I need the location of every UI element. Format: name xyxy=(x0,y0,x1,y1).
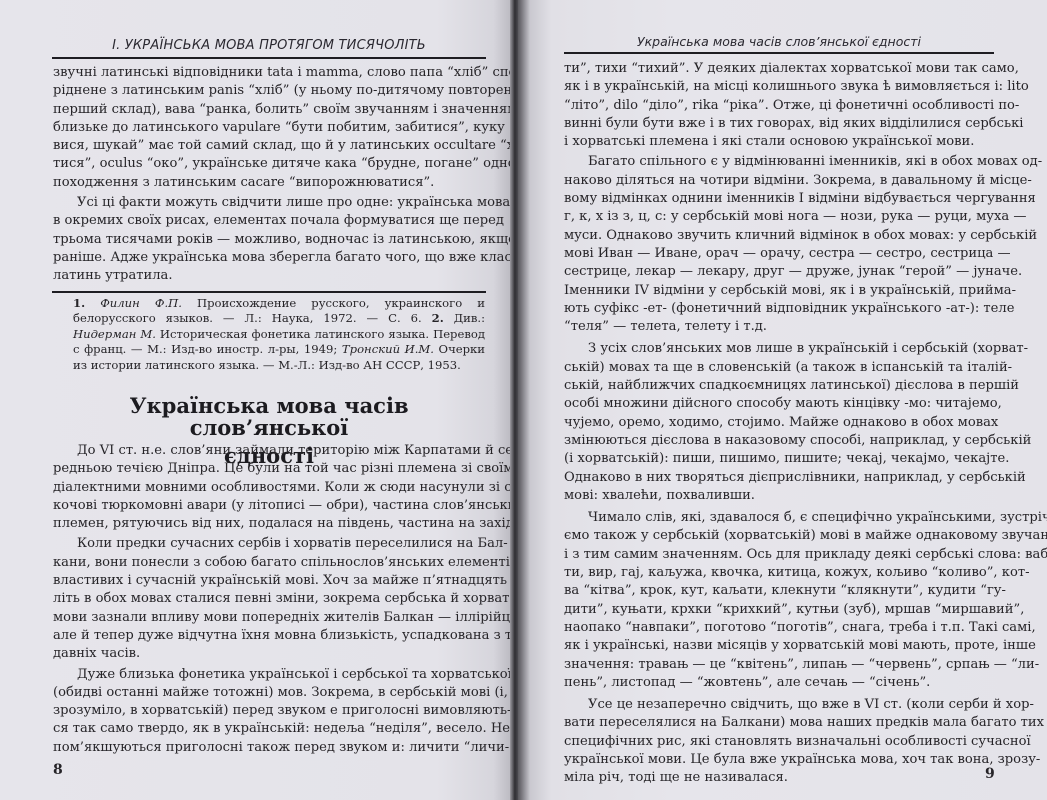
text-line: Багато спільного є у відмінюванні іменни… xyxy=(564,153,995,171)
text-line: г, к, х із з, ц, с: у сербській мові ног… xyxy=(564,208,995,226)
text-line: (і хорватській): пиши, пишимо, пишите; ч… xyxy=(564,450,995,468)
text-line: ся так само твердо, як в українській: не… xyxy=(53,720,485,738)
text-line: винні були бути вже і в тих говорах, від… xyxy=(564,115,995,133)
text-line: (обидві останні майже тотожні) мов. Зокр… xyxy=(53,684,485,702)
footnote-number: 1. xyxy=(73,296,85,310)
footnote-rule xyxy=(52,291,486,293)
book-spine-gutter xyxy=(510,0,518,800)
text-line: Іменники IV відміни у сербській мові, як… xyxy=(564,282,995,300)
left-text-top: звучні латинські відповідники tata і mam… xyxy=(53,64,485,286)
text-line: ємо також у сербській (хорватській) мові… xyxy=(564,527,995,545)
text-line: змінюються дієслова в наказовому способі… xyxy=(564,432,995,450)
text-line: близьке до латинського vapulare “бути по… xyxy=(53,119,485,137)
text-line: пом’якшуються приголосні також перед зву… xyxy=(53,739,485,757)
text-line: ській, найближчих спадкоємницях латинськ… xyxy=(564,377,995,395)
paragraph-declension: Багато спільного є у відмінюванні іменни… xyxy=(564,153,995,336)
text-line: кочові тюркомовні авари (у літописі — об… xyxy=(53,497,485,515)
text-line: літь в обох мовах сталися певні зміни, з… xyxy=(53,590,485,608)
text-line: перший склад), вава “ранка, болить” свої… xyxy=(53,101,485,119)
paragraph-final-conclusion: Усе це незаперечно свідчить, що вже в VI… xyxy=(564,696,995,787)
right-page: Українська мова часів слов’янської єднос… xyxy=(514,0,1047,800)
text-line: Усі ці факти можуть свідчити лише про од… xyxy=(53,194,485,212)
text-line: сестрице, лекар — лекару, друг — друже, … xyxy=(564,263,995,281)
text-line: але й тепер дуже відчутна їхня мовна бли… xyxy=(53,627,485,645)
text-line: ва “кітва”, крок, кут, каљати, клекнути … xyxy=(564,582,995,600)
text-line: вати переселялися на Балкани) мова наших… xyxy=(564,714,995,732)
text-line: як і українські, назви місяців у хорватс… xyxy=(564,637,995,655)
text-line: властивих і сучасній українській мові. Х… xyxy=(53,572,485,590)
text-line: ріднене з латинським panis “хліб” (у ньо… xyxy=(53,82,485,100)
text-line: З усіх слов’янських мов лише в українськ… xyxy=(564,340,995,358)
text-line: походження з латинським cacare “випорожн… xyxy=(53,174,485,192)
page-number-left: 8 xyxy=(53,762,63,778)
text-line: трьома тисячами років — можливо, водноча… xyxy=(53,231,485,249)
header-rule-right xyxy=(564,52,994,54)
paragraph-latin-parallels: звучні латинські відповідники tata і mam… xyxy=(53,64,485,192)
text-line: вися, шукай” має той самий склад, що й у… xyxy=(53,137,485,155)
running-head-right: Українська мова часів слов’янської єднос… xyxy=(564,34,994,49)
text-line: значення: травањ — це “квітень”, липањ —… xyxy=(564,656,995,674)
text-line: Однаково в них творяться дієприслівники,… xyxy=(564,469,995,487)
paragraph-balkans: Коли предки сучасних сербів і хорватів п… xyxy=(53,535,485,663)
text-line: муси. Однаково звучить кличний відмінок … xyxy=(564,227,995,245)
paragraph-verbs: З усіх слов’янських мов лише в українськ… xyxy=(564,340,995,505)
page-number-right: 9 xyxy=(985,766,995,782)
text-line: раніше. Адже українська мова зберегла ба… xyxy=(53,249,485,267)
text-line: і з тим самим значенням. Ось для приклад… xyxy=(564,546,995,564)
footnote-text: Див.: xyxy=(444,311,485,325)
paragraph-phonetics: Дуже близька фонетика української і серб… xyxy=(53,666,485,757)
text-line: кани, вони понесли з собою багато спільн… xyxy=(53,554,485,572)
text-line: пень”, листопад — “жовтень”, але сечањ —… xyxy=(564,674,995,692)
text-line: діалектними мовними особливостями. Коли … xyxy=(53,479,485,497)
text-line: української мови. Це була вже українська… xyxy=(564,751,995,769)
footnote-author: Тронский И.М. xyxy=(342,342,434,356)
paragraph-vocabulary: Чимало слів, які, здавалося б, є специфі… xyxy=(564,509,995,692)
text-line: ють суфікс -ет- (фонетичний відповідник … xyxy=(564,300,995,318)
text-line: “теля” — телета, телету і т.д. xyxy=(564,318,995,336)
text-line: редньою течією Дніпра. Це були на той ча… xyxy=(53,460,485,478)
text-line: і хорватські племена і які стали основою… xyxy=(564,133,995,151)
text-line: тися”, oculus “око”, українське дитяче к… xyxy=(53,155,485,173)
footnotes: 1. Филин Ф.П. Происхождение русского, ук… xyxy=(73,296,485,373)
text-line: ти, вир, гај, каљужа, квочка, китица, ко… xyxy=(564,564,995,582)
running-head-left: I. УКРАЇНСЬКА МОВА ПРОТЯГОМ ТИСЯЧОЛІТЬ xyxy=(52,38,486,53)
right-text: ти”, тихи “тихий”. У деяких діалектах хо… xyxy=(564,60,995,788)
text-line: ти”, тихи “тихий”. У деяких діалектах хо… xyxy=(564,60,995,78)
text-line: латинь утратила. xyxy=(53,267,485,285)
text-line: зрозуміло, в хорватській) перед звуком е… xyxy=(53,702,485,720)
text-line: Усе це незаперечно свідчить, що вже в VI… xyxy=(564,696,995,714)
text-line: вому відмінках однини іменників I відмін… xyxy=(564,190,995,208)
text-line: “літо”, dilo “діло”, rika “ріка”. Отже, … xyxy=(564,97,995,115)
text-line: давніх часів. xyxy=(53,645,485,663)
paragraph-slavs-territory: До VI ст. н.е. слов’яни займали територі… xyxy=(53,442,485,533)
left-page: I. УКРАЇНСЬКА МОВА ПРОТЯГОМ ТИСЯЧОЛІТЬ з… xyxy=(0,0,514,800)
text-line: специфічних рис, які становлять визначал… xyxy=(564,733,995,751)
footnote-author: Филин Ф.П. xyxy=(100,296,182,310)
text-line: Дуже близька фонетика української і серб… xyxy=(53,666,485,684)
text-line: в окремих своїх рисах, елементах почала … xyxy=(53,212,485,230)
text-line: дити”, куњати, крхки “крихкий”, кутњи (з… xyxy=(564,601,995,619)
text-line: особі множини дійсного способу мають кін… xyxy=(564,395,995,413)
text-line: мові: хвалећи, похваливши. xyxy=(564,487,995,505)
section-title-line: Українська мова часів слов’янської xyxy=(53,395,485,439)
paragraph-dialects: ти”, тихи “тихий”. У деяких діалектах хо… xyxy=(564,60,995,151)
footnote-author: Нидерман М. xyxy=(73,327,156,341)
text-line: наопако “навпаки”, поготово “поготів”, с… xyxy=(564,619,995,637)
text-line: звучні латинські відповідники tata і mam… xyxy=(53,64,485,82)
text-line: чујемо, оремо, ходимо, стојимо. Майже од… xyxy=(564,414,995,432)
footnote-number: 2. xyxy=(432,311,444,325)
header-rule-left xyxy=(52,57,486,59)
text-line: мови зазнали впливу мови попередніх жите… xyxy=(53,609,485,627)
text-line: Чимало слів, які, здавалося б, є специфі… xyxy=(564,509,995,527)
text-line: До VI ст. н.е. слов’яни займали територі… xyxy=(53,442,485,460)
text-line: Коли предки сучасних сербів і хорватів п… xyxy=(53,535,485,553)
text-line: як і в українській, на місці колишнього … xyxy=(564,78,995,96)
text-line: наково діляться на чотири відміни. Зокре… xyxy=(564,172,995,190)
text-line: племен, рятуючись від них, подалася на п… xyxy=(53,515,485,533)
text-line: міла річ, тоді ще не називалася. xyxy=(564,769,995,787)
text-line: ській) мовах та ще в словенській (а тако… xyxy=(564,359,995,377)
left-text-bottom: До VI ст. н.е. слов’яни займали територі… xyxy=(53,442,485,757)
text-line: мові Иван — Иване, орач — орачу, сестра … xyxy=(564,245,995,263)
paragraph-conclusion: Усі ці факти можуть свідчити лише про од… xyxy=(53,194,485,285)
